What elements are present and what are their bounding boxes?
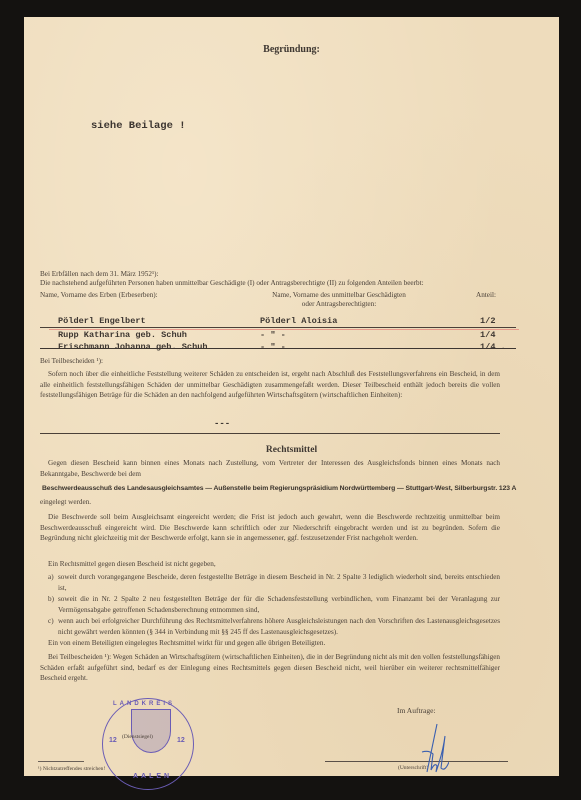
section-divider	[40, 433, 500, 434]
seal-label: (Dienstsiegel)	[122, 732, 153, 743]
legal-remedy-p2: Die Beschwerde soll beim Ausgleichsamt e…	[40, 512, 500, 544]
item-label-a: a)	[48, 572, 54, 583]
handwritten-signature	[419, 722, 449, 782]
item-label-c: c)	[48, 616, 54, 627]
legal-remedy-p5: Bei Teilbescheiden ¹): Wegen Schäden an …	[40, 652, 500, 684]
col-share-header: Anteil:	[476, 290, 496, 301]
stamp-number-right: 12	[177, 737, 185, 744]
deceased-name: Pölderl Aloisia	[260, 316, 337, 326]
heir-name: Pölderl Engelbert	[58, 316, 146, 326]
col-heirs-header: Name, Vorname des Erben (Erbeserben):	[40, 290, 158, 301]
share: 1/2	[480, 316, 495, 326]
col-deceased-header-2: oder Antragsberechtigten:	[224, 299, 454, 310]
stamp-number-left: 12	[109, 737, 117, 744]
legal-remedy-p3: Ein Rechtsmittel gegen diesen Bescheid i…	[48, 559, 216, 570]
im-auftrag-label: Im Auftrage:	[397, 706, 436, 717]
deceased-name: - " -	[260, 330, 286, 340]
deceased-name: - " -	[260, 342, 286, 352]
typed-note: siehe Beilage !	[91, 120, 186, 132]
stamp-top-text: LANDKREIS	[113, 701, 175, 707]
strikethrough-line	[40, 348, 516, 349]
heir-name: Frischmann Johanna geb. Schuh	[58, 342, 208, 352]
partial-text: Sofern noch über die einheitliche Festst…	[40, 369, 500, 401]
item-text-b: soweit die in Nr. 2 Spalte 2 neu festges…	[58, 594, 500, 615]
item-text-a: soweit durch vorangegangene Bescheide, d…	[58, 572, 500, 593]
legal-remedy-p4: Ein von einem Beteiligten eingelegtes Re…	[40, 638, 500, 649]
legal-remedy-p1: Gegen diesen Bescheid kann binnen eines …	[40, 458, 500, 479]
signature-line	[325, 761, 508, 762]
heir-row: Rupp Katharina geb. Schuh - " - 1/4	[40, 330, 516, 341]
footnote: ¹) Nichtzutreffendes streichen!	[38, 764, 105, 775]
legal-remedy-p1-end: eingelegt werden.	[40, 497, 91, 508]
document-page: Begründung: siehe Beilage ! Bei Erbfälle…	[24, 17, 559, 776]
item-text-c: wenn auch bei erfolgreicher Durchführung…	[58, 616, 500, 637]
share: 1/4 .	[480, 342, 506, 352]
authority-address: Beschwerdeausschuß des Landesausgleichsa…	[42, 485, 502, 492]
heir-row: Pölderl Engelbert Pölderl Aloisia 1/2	[40, 316, 516, 327]
row-underline	[40, 327, 516, 328]
legal-remedy-title: Rechtsmittel	[24, 445, 559, 455]
inheritance-intro-2: Die nachstehend aufgeführten Personen ha…	[40, 278, 520, 289]
heading: Begründung:	[24, 44, 559, 55]
heir-name: Rupp Katharina geb. Schuh	[58, 330, 187, 340]
share: 1/4	[480, 330, 495, 340]
partial-label: Bei Teilbescheiden ¹):	[40, 356, 103, 367]
stamp-bottom-text: AALEN	[133, 773, 172, 780]
footnote-rule	[38, 761, 84, 762]
official-stamp: 12 12 LANDKREIS AALEN	[102, 698, 194, 790]
typed-dashes: ---	[214, 419, 230, 429]
coat-of-arms-icon	[131, 709, 171, 753]
item-label-b: b)	[48, 594, 54, 605]
